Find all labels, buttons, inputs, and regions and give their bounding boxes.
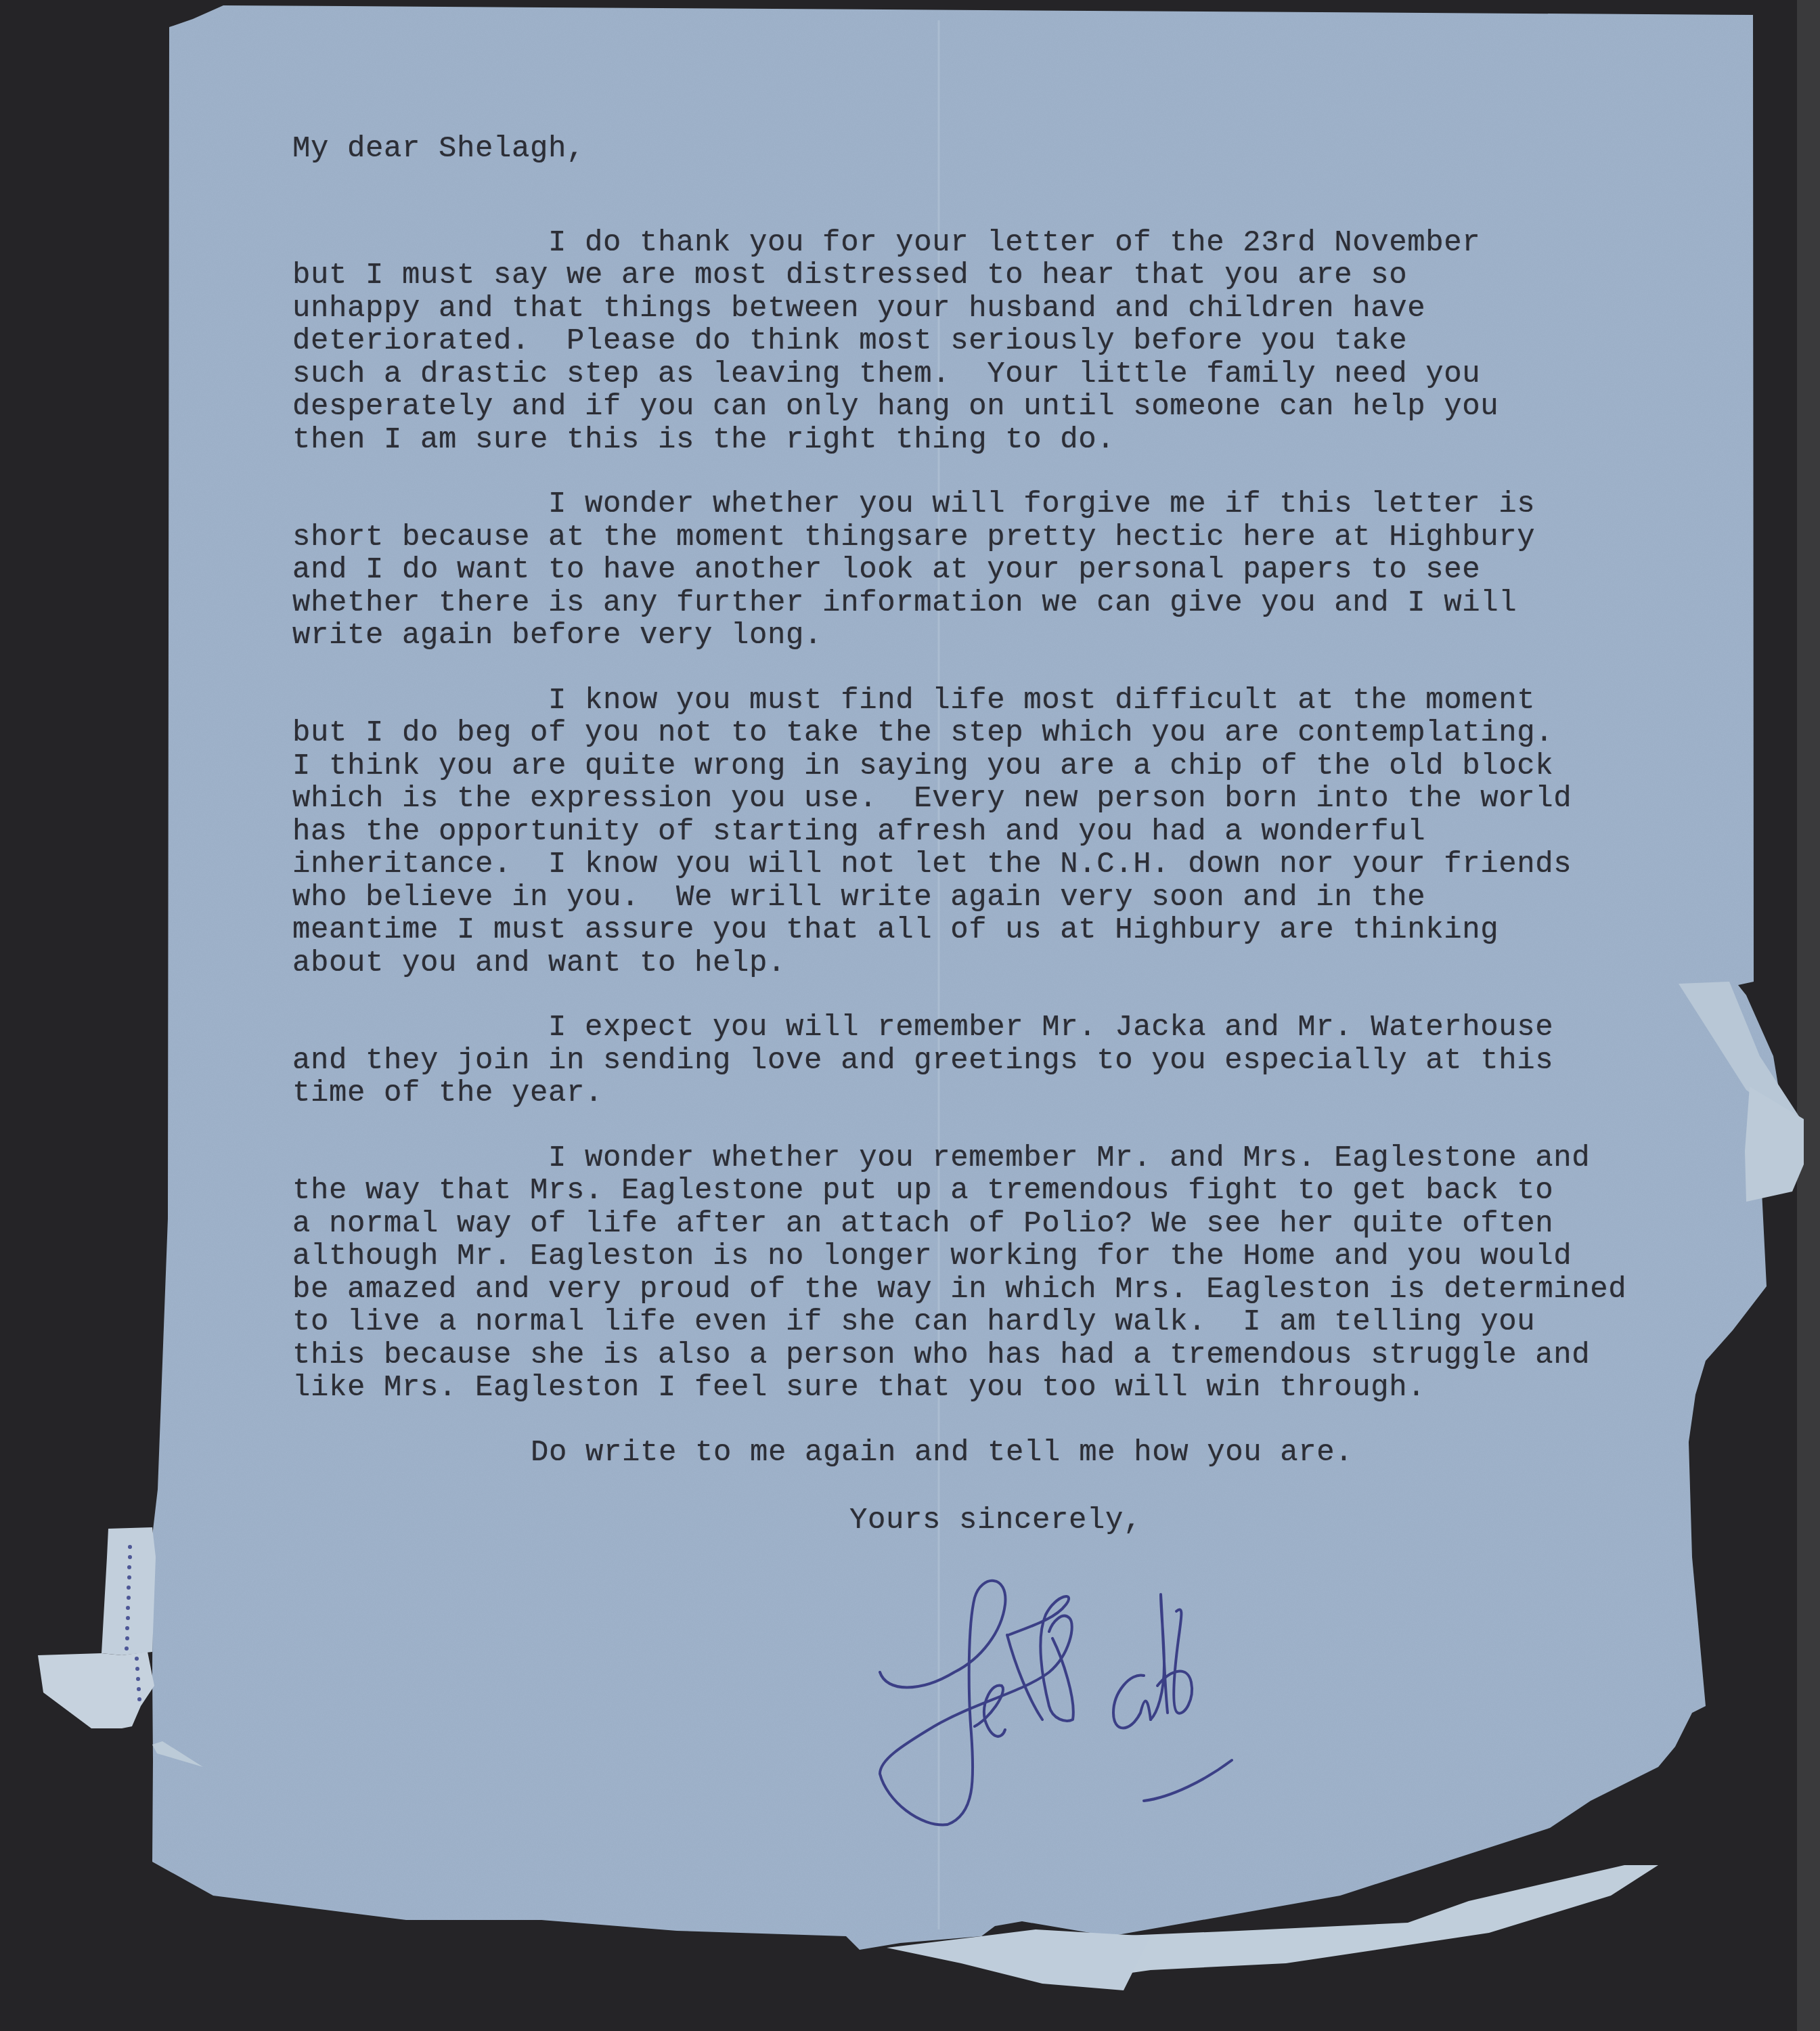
text-line: a normal way of life after an attach of … [292,1208,1768,1241]
text-line: but I do beg of you not to take the step… [292,717,1768,750]
paragraph-5: I wonder whether you remember Mr. and Mr… [292,1142,1768,1405]
text-line: write again before very long. [292,619,1768,653]
text-line: who believe in you. We wrill write again… [292,881,1768,915]
text-line: which is the expression you use. Every n… [292,783,1768,816]
salutation: My dear Shelagh, [292,133,1768,166]
text-line: I know you must find life most difficult… [292,684,1768,718]
closing-request: Do write to me again and tell me how you… [292,1437,1768,1470]
text-line: the way that Mrs. Eaglestone put up a tr… [292,1175,1768,1208]
text-line: to live a normal life even if she can ha… [292,1306,1768,1339]
text-line: whether there is any further information… [292,587,1768,620]
letter-body: My dear Shelagh, I do thank you for your… [292,133,1768,1537]
text-line: desperately and if you can only hang on … [292,391,1768,424]
text-line: like Mrs. Eagleston I feel sure that you… [292,1372,1768,1405]
text-line: time of the year. [292,1077,1768,1110]
text-line: and I do want to have another look at yo… [292,554,1768,587]
text-line: such a drastic step as leaving them. You… [292,358,1768,391]
text-line: although Mr. Eagleston is no longer work… [292,1240,1768,1273]
text-line: but I must say we are most distressed to… [292,259,1768,292]
paragraph-1: I do thank you for your letter of the 23… [292,227,1768,457]
text-line: about you and want to help. [292,947,1768,980]
valediction: Yours sincerely, [292,1504,1768,1537]
text-line: I do thank you for your letter of the 23… [292,227,1768,260]
text-line: and they join in sending love and greeti… [292,1045,1768,1078]
left-folded-tab-lower [38,1652,154,1728]
paragraph-3: I know you must find life most difficult… [292,684,1768,980]
text-line: short because at the moment thingsare pr… [292,521,1768,554]
text-line: this because she is also a person who ha… [292,1339,1768,1372]
text-line: meantime I must assure you that all of u… [292,914,1768,947]
text-line: I expect you will remember Mr. Jacka and… [292,1011,1768,1045]
handwritten-signature [873,1557,1306,1841]
text-line: deteriorated. Please do think most serio… [292,325,1768,358]
text-line: unhappy and that things between your hus… [292,292,1768,326]
text-line: I wonder whether you will forgive me if … [292,488,1768,521]
paragraph-4: I expect you will remember Mr. Jacka and… [292,1011,1768,1110]
text-line: be amazed and very proud of the way in w… [292,1273,1768,1307]
text-line: I think you are quite wrong in saying yo… [292,750,1768,783]
text-line: inheritance. I know you will not let the… [292,848,1768,881]
text-line: then I am sure this is the right thing t… [292,424,1768,457]
paragraph-2: I wonder whether you will forgive me if … [292,488,1768,653]
text-line: I wonder whether you remember Mr. and Mr… [292,1142,1768,1175]
text-line: has the opportunity of starting afresh a… [292,816,1768,849]
